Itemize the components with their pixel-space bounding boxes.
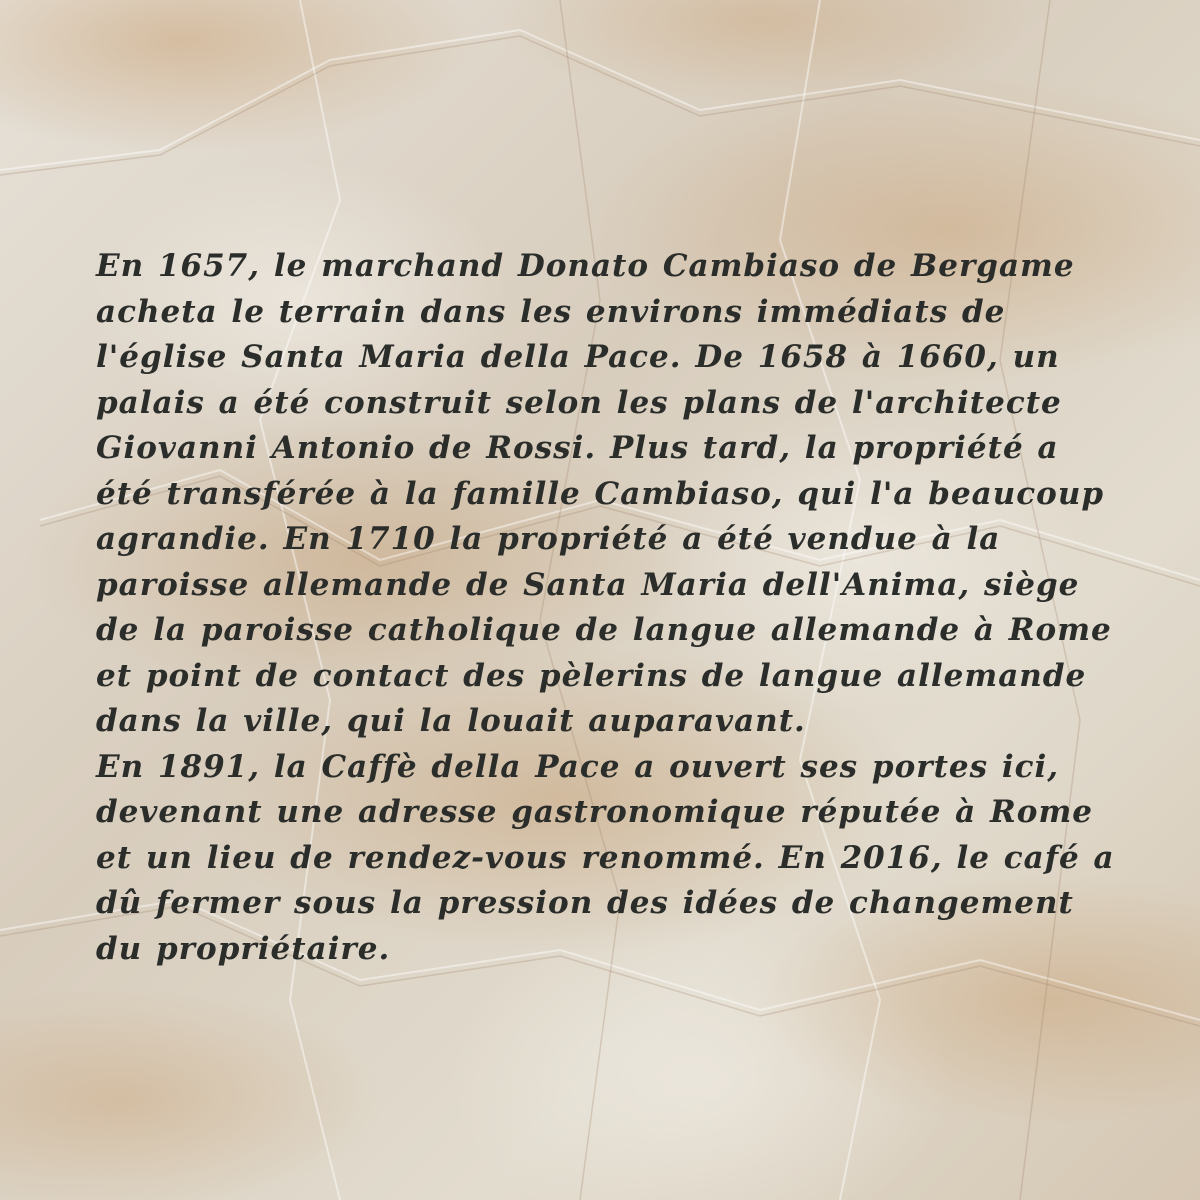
paragraph-history-palazzo: En 1657, le marchand Donato Cambiaso de … [96,244,1116,745]
handwritten-document: En 1657, le marchand Donato Cambiaso de … [96,244,1116,972]
paragraph-history-cafe: En 1891, la Caffè della Pace a ouvert se… [96,745,1116,973]
